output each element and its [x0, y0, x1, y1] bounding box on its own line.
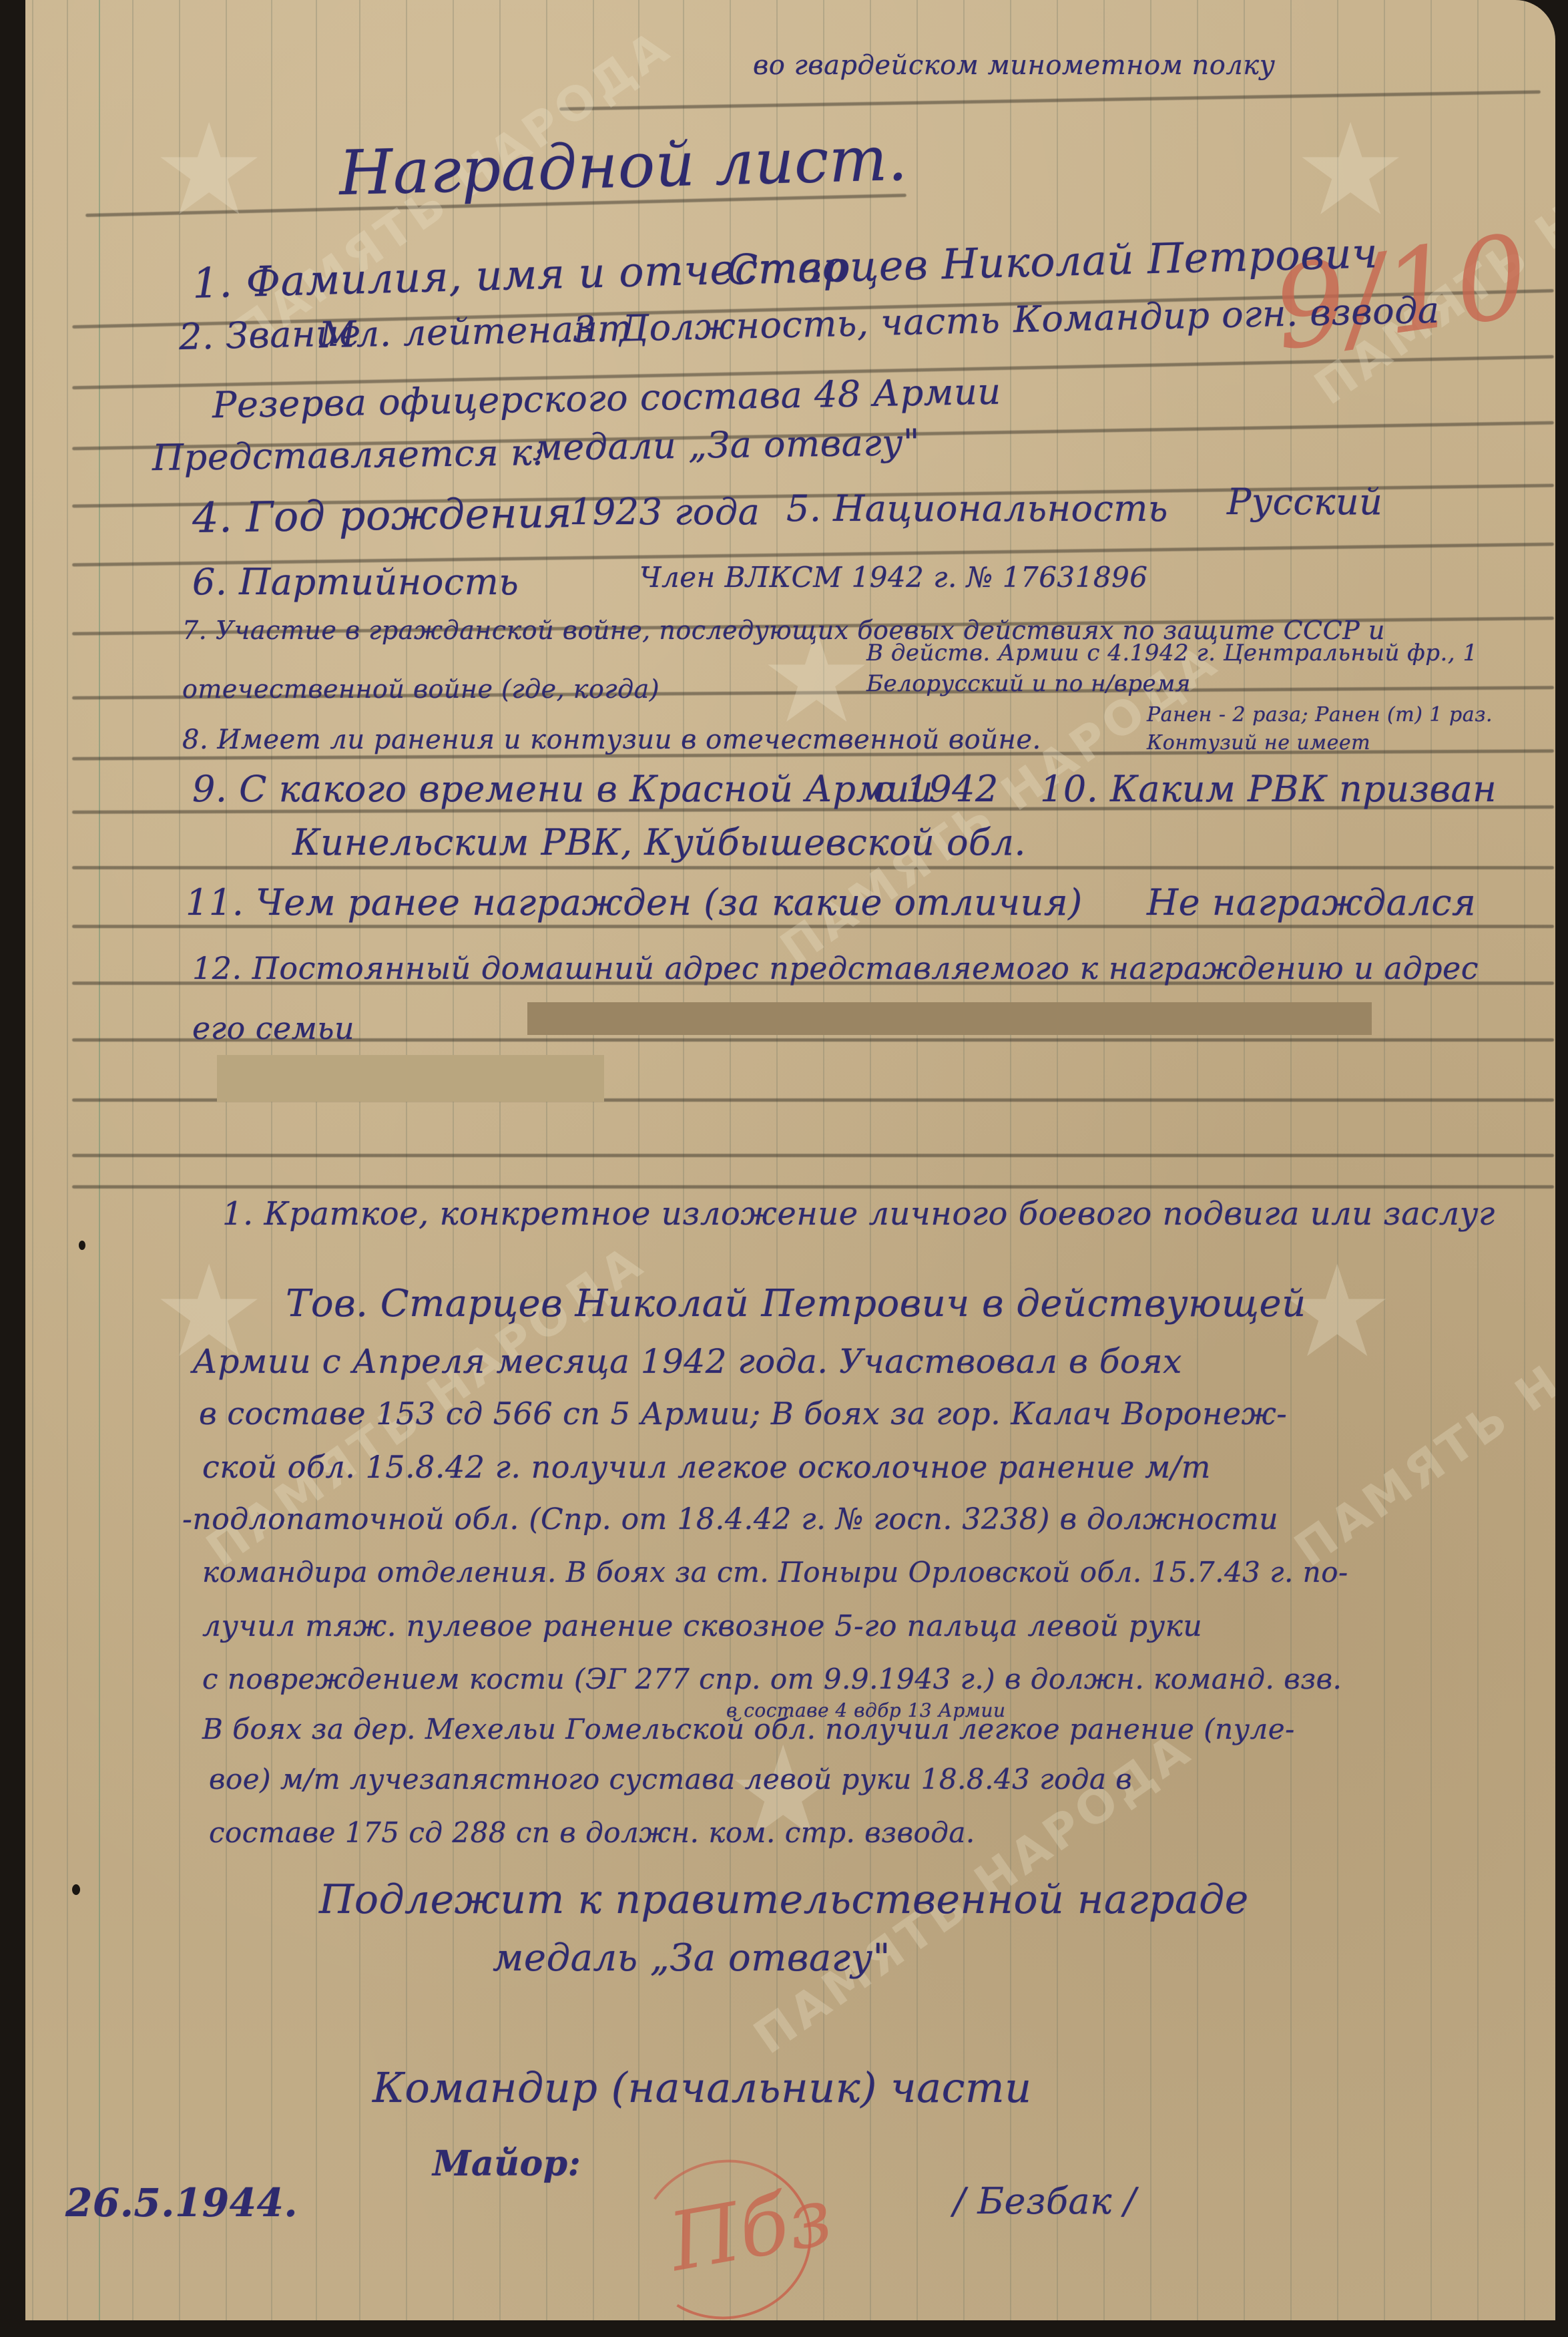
ruling-line [1010, 0, 1011, 2320]
narrative-line: в составе 153 сд 566 сп 5 Армии; В боях … [199, 1396, 1287, 1432]
field-value-service-since: с 1942 [873, 768, 999, 810]
ruling-line [1524, 0, 1525, 2320]
signature-role: Командир (начальник) части [372, 2063, 1032, 2112]
watermark-star-icon: ★ [1294, 114, 1407, 227]
narrative-line: В боях за дер. Мехельи Гомельской обл. п… [202, 1713, 1295, 1745]
ruling-line [1103, 0, 1105, 2320]
recommendation-line: Подлежит к правительственной награде [319, 1876, 1249, 1923]
narrative-line: ской обл. 15.8.42 г. получил легкое оско… [202, 1449, 1211, 1485]
scanned-award-sheet: ★ ПАМЯТЬ НАРОДА ★ ПАМЯТЬ НАРОДА ★ ПАМЯТЬ… [25, 0, 1555, 2320]
field-value-nominated: медали „За отвагу" [533, 421, 921, 469]
form-line [72, 1185, 1554, 1189]
narrative-line: вое) м/т лучезапястного сустава левой ру… [209, 1763, 1132, 1795]
recommendation-award: медаль „За отвагу" [493, 1936, 890, 1980]
ruling-line [132, 0, 134, 2320]
field-label-draft-office: 10. Каким РВК призван [1040, 768, 1497, 810]
signature-name: / Безбак / [953, 2180, 1136, 2222]
field-value-draft-office: Кинельским РВК, Куйбышевской обл. [292, 821, 1026, 863]
scan-bottom-edge [0, 2322, 1568, 2337]
ruling-line [32, 0, 33, 2320]
ruling-line [1197, 0, 1198, 2320]
field-label-home-address: 12. Постоянный домашний адрес представля… [192, 938, 1527, 1058]
ruling-line [1057, 0, 1058, 2320]
top-right-note: во гвардейском минометном полку [753, 50, 1275, 81]
field-value-war-participation: В действ. Армии с 4.1942 г. Центральный … [866, 638, 1534, 699]
redacted-address [527, 1002, 1372, 1035]
field-value-nationality: Русский [1227, 481, 1382, 523]
margin-line [99, 0, 100, 2320]
ruling-line [917, 0, 918, 2320]
field-label-position: 3. Должность, часть [572, 299, 1001, 351]
paper-hole [72, 1884, 80, 1895]
narrative-line: с повреждением кости (ЭГ 277 спр. от 9.9… [202, 1663, 1342, 1695]
signature-date: 26.5.1944. [65, 2180, 298, 2225]
document-title: Наградной лист. [338, 123, 908, 209]
narrative-line: лучил тяж. пулевое ранение сквозное 5-го… [202, 1609, 1202, 1643]
narrative-line: составе 175 сд 288 сп в должн. ком. стр.… [209, 1816, 975, 1849]
watermark-star-icon: ★ [152, 114, 266, 227]
section-heading: 1. Краткое, конкретное изложение личного… [222, 1195, 1495, 1233]
ruling-line [1150, 0, 1151, 2320]
ruling-line [963, 0, 965, 2320]
field-label-nominated: Представляется к: [152, 431, 545, 479]
signature-rank: Майор: [433, 2143, 581, 2184]
ruling-line [1244, 0, 1245, 2320]
narrative-line: Армии с Апреля месяца 1942 года. Участво… [192, 1342, 1182, 1381]
paper-hole [79, 1241, 85, 1250]
field-label-birth-year: 4. Год рождения [192, 488, 573, 542]
redacted-address-continuation [217, 1055, 604, 1102]
field-label-previous-awards: 11. Чем ранее награжден (за какие отличи… [186, 881, 1083, 923]
form-line [72, 1154, 1554, 1157]
field-value-party: Член ВЛКСМ 1942 г. № 17631896 [639, 561, 1148, 594]
narrative-line: командира отделения. В боях за ст. Поныр… [202, 1556, 1348, 1588]
narrative-line: -подлопаточной обл. (Спр. от 18.4.42 г. … [182, 1502, 1278, 1536]
ruling-line [67, 0, 68, 2320]
field-value-wounds: Ранен - 2 раза; Ранен (т) 1 раз. Контузи… [1147, 701, 1547, 757]
form-line [72, 866, 1554, 869]
field-value-previous-awards: Не награждался [1147, 881, 1476, 923]
field-value-unit: Резерва офицерского состава 48 Армии [212, 371, 1002, 427]
field-label-service-since: 9. С какого времени в Красной Армии [192, 768, 933, 810]
narrative-line: Тов. Старцев Николай Петрович в действую… [286, 1282, 1306, 1325]
field-value-birth-year: 1923 года [569, 491, 760, 533]
field-label-nationality: 5. Национальность [786, 487, 1168, 529]
field-label-party: 6. Партийность [192, 561, 519, 603]
field-label-wounds: 8. Имеет ли ранения и контузии в отечест… [182, 724, 1041, 755]
